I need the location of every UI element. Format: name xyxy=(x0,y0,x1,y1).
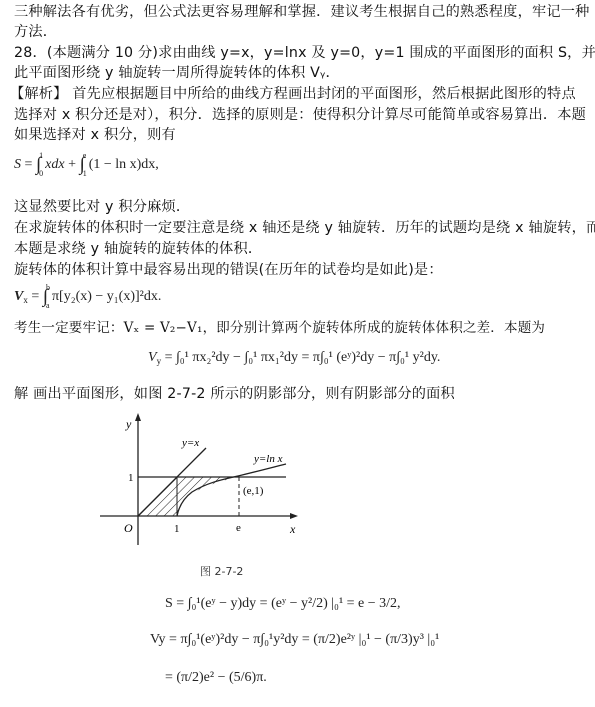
formula-vy-result: = (π/2)e² − (5/6)π. xyxy=(165,670,267,686)
formula-s-y: S = ∫₀¹(eʸ − y)dy = (eʸ − y²/2) |₀¹ = e … xyxy=(165,596,401,612)
text-line: 旋转体的体积计算中最容易出现的错误(在历年的试卷均是如此)是： xyxy=(14,260,443,280)
question-28-cont: 此平面图形绕 y 轴旋转一周所得旋转体的体积 Vᵧ． xyxy=(14,63,340,83)
y-axis-label: y xyxy=(125,417,132,431)
x-axis-arrow-icon xyxy=(290,513,298,519)
text-line: 这显然要比对 y 积分麻烦． xyxy=(14,197,190,217)
y-tick-1: 1 xyxy=(128,472,134,484)
label-y-eq-lnx: y=ln x xyxy=(253,453,283,465)
text-line: 三种解法各有优劣，但公式法更容易理解和掌握．建议考生根据自己的熟悉程度，牢记一种 xyxy=(14,2,590,22)
region-figure: y x O 1 e 1 y=x y=ln x (e,1) xyxy=(100,410,320,560)
figure-caption: 图 2-7-2 xyxy=(200,563,243,579)
text-line: 方法． xyxy=(14,22,57,42)
formula-vx: Vx = ∫baπ[y₂(x) − y₁(x)]²dx. xyxy=(14,284,161,306)
text-line: 选择对 x 积分还是对），积分．选择的原则是：使得积分计算尽可能简单或容易算出．… xyxy=(14,105,586,125)
x-axis-label: x xyxy=(289,522,296,536)
text-line: 在求旋转体的体积时一定要注意是绕 x 轴还是绕 y 轴旋转．历年的试题均是绕 x… xyxy=(14,218,595,238)
formula-s-x: S = ∫10xdx + ∫e1(1 − ln x)dx, xyxy=(14,152,159,174)
point-label: (e,1) xyxy=(243,485,264,497)
analysis-heading: 【解析】 首先应根据题目中所给的曲线方程画出封闭的平面图形，然后根据此图形的特点 xyxy=(10,84,576,104)
text-line: 本题是求绕 y 轴旋转的旋转体的体积． xyxy=(14,239,262,259)
formula-vy-calc: Vy = π∫₀¹(eʸ)²dy − π∫₀¹y²dy = (π/2)e²ʸ |… xyxy=(150,632,439,648)
formula-vy-setup: Vy = ∫₀¹ πx₂²dy − ∫₀¹ πx₁²dy = π∫₀¹ (eʸ)… xyxy=(148,350,440,366)
text-line: 考生一定要牢记：Vₓ = V₂−V₁，即分别计算两个旋转体所成的旋转体体积之差．… xyxy=(14,318,545,338)
label-y-eq-x: y=x xyxy=(181,437,199,449)
x-tick-e: e xyxy=(236,522,241,534)
solution-intro: 解 画出平面图形，如图 2-7-2 所示的阴影部分，则有阴影部分的面积 xyxy=(14,384,455,404)
origin-label: O xyxy=(124,521,133,535)
text-line: 如果选择对 x 积分，则有 xyxy=(14,125,176,145)
question-28: 28．(本题满分 10 分)求由曲线 y=x，y=lnx 及 y=0，y=1 围… xyxy=(14,43,595,63)
y-axis-arrow-icon xyxy=(135,413,141,421)
shaded-area xyxy=(138,477,238,516)
x-tick-1: 1 xyxy=(174,523,180,535)
